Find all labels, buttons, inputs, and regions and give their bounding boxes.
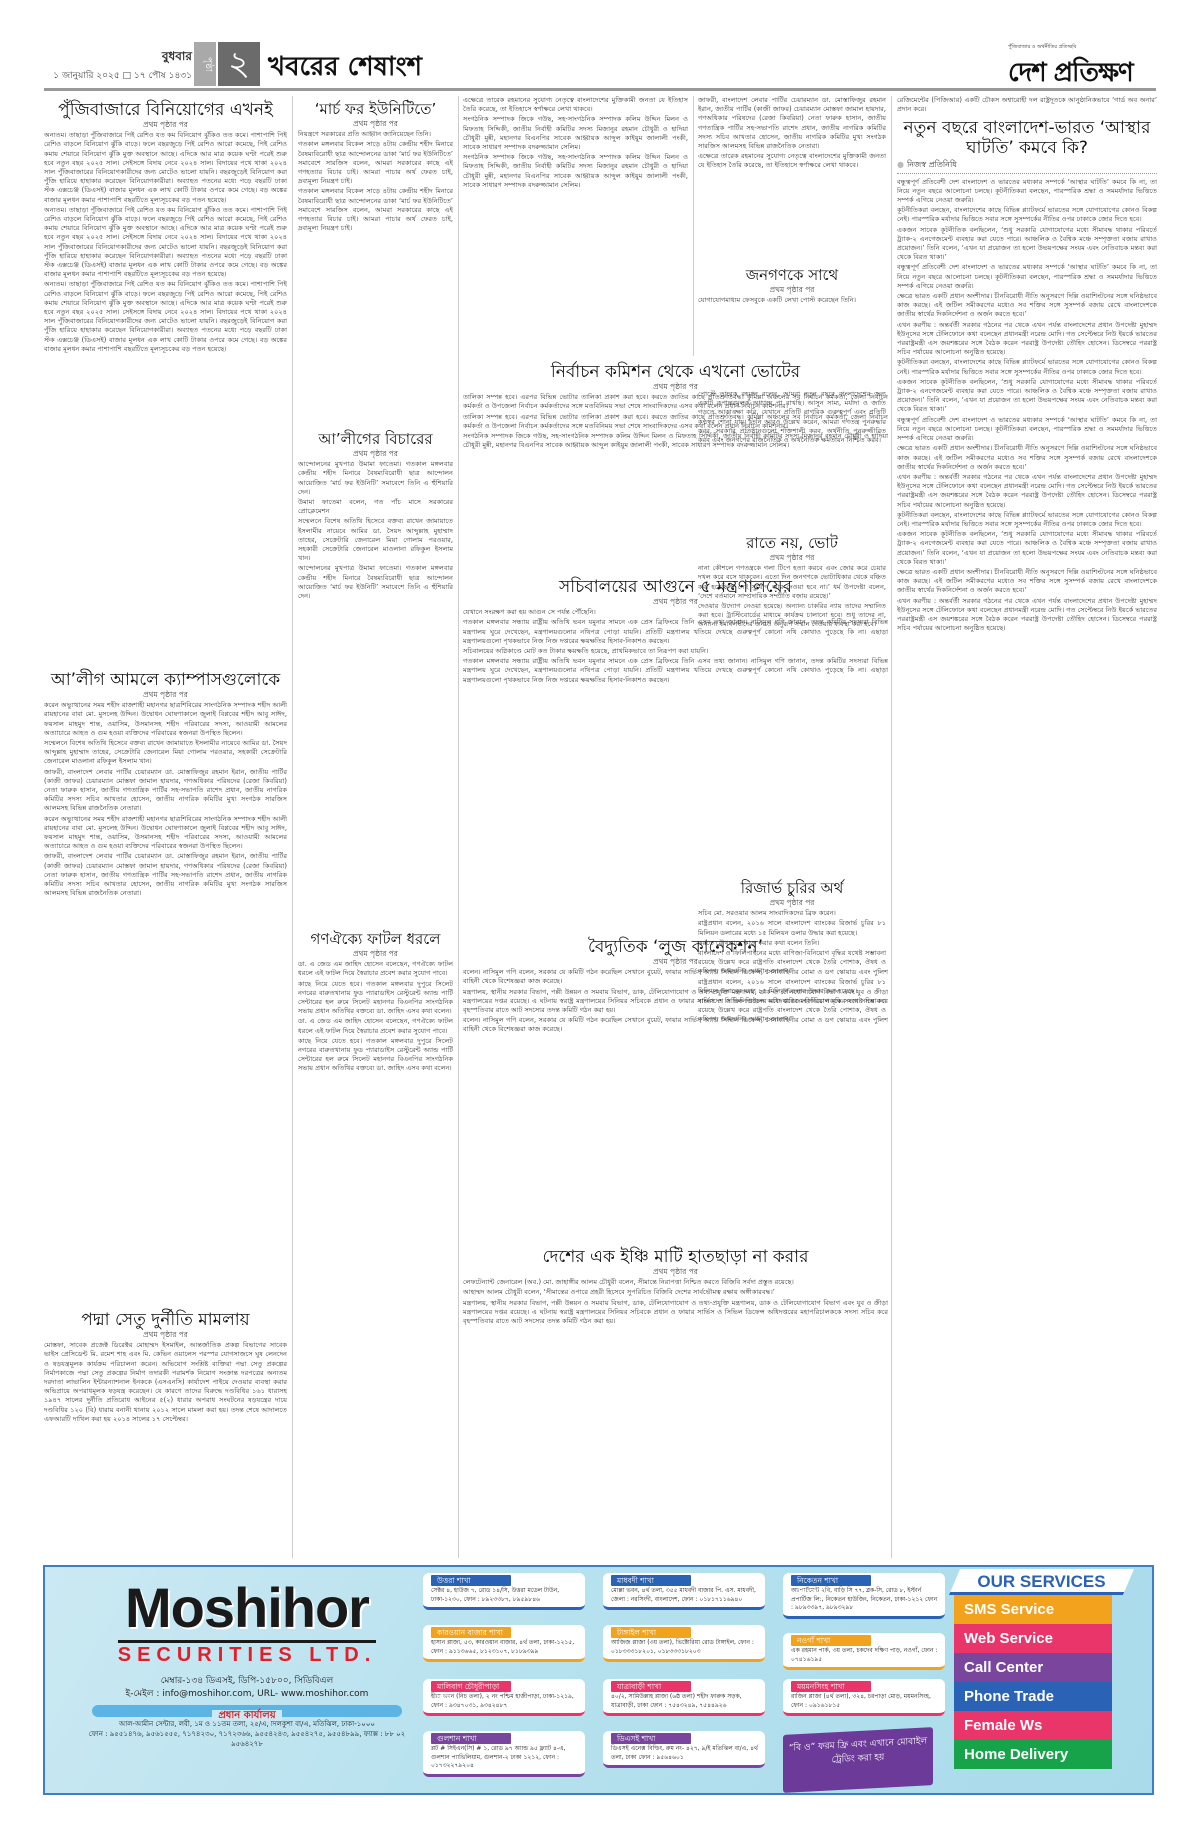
article-body: ক্ষেত্রে ভারত একটি প্রধান অংশীদার। চীনবি… xyxy=(897,568,1157,596)
branch-card: নওগাঁ শাখাএক রহমান পার্ক, ৩য় তলা, চকদেব… xyxy=(783,1633,945,1670)
service-phone-trade: Phone Trade xyxy=(954,1682,1112,1711)
article: গণঐক্যে ফাটল ধরলে প্রথম পৃষ্ঠার পর ডা. এ… xyxy=(298,926,453,1075)
branch-title: টাঙ্গাইল শাখা xyxy=(611,1627,691,1638)
weekday: বুধবার xyxy=(40,48,192,68)
membership-info: মেম্বার-১৩৪ ডিএসই, ডিপি-১৫৮০০, সিডিবিএল xyxy=(77,1675,417,1688)
column-divider xyxy=(693,96,694,356)
article-body: পোস্টে তারেক রহমান বলেন, আমরা নতুন বছরে … xyxy=(698,390,886,445)
article-body: গতকাল মঙ্গলবার বিকেল সাড়ে ৪টায় কেন্দ্র… xyxy=(298,140,453,186)
brand-subtitle: SECURITIES LTD. xyxy=(118,1640,377,1667)
branch-address: এক রহমান পার্ক, ৩য় তলা, চকদেব দক্ষিণ পা… xyxy=(791,1647,939,1664)
article: পদ্মা সেতু দুর্নীতি মামলায় প্রথম পৃষ্ঠা… xyxy=(44,1306,287,1425)
article-body: রাষ্ট্রপ্রধান বলেন, ২০১৬ সালে বাংলাদেশ ব… xyxy=(698,978,886,996)
article: আ’লীগের বিচারের প্রথম পৃষ্ঠার পর আন্দোলন… xyxy=(298,426,453,602)
article-body: একজন সাবেক কূটনীতিক বলছিলেন, ‘শুধু সরকার… xyxy=(897,530,1157,567)
article-headline[interactable]: ‘মার্চ ফর ইউনিটিতে’ xyxy=(298,100,453,119)
article-body: বাংলাদেশ ও ফিলিপাইনের মধ্যে বাণিজ্য-বিনি… xyxy=(698,997,886,1025)
article: ‘মার্চ ফর ইউনিটিতে’ প্রথম পৃষ্ঠার পর নিয… xyxy=(298,100,453,233)
article-body: রাষ্ট্রপ্রধান বলেন, ২০১৬ সালে বাংলাদেশ ব… xyxy=(698,919,886,937)
branch-address: মোল্লা ভবন, ৪র্থ তলা, ৩৫৫ মাধবদী বাজার প… xyxy=(611,1587,759,1604)
article-body: দেওয়ার উদ্যোগ নেওয়া হয়েছে। অন্যান্য চ… xyxy=(698,602,886,630)
date-block: বুধবার ১ জানুয়ারি ২০২৫ □ ১৭ পৌষ ১৪৩১ xyxy=(40,48,192,83)
section-title: খবরের শেষাংশ xyxy=(268,46,422,90)
branch-list: উত্তরা শাখাসেক্টর ৪, হাউজ ৭, রোড ১৪/সি, … xyxy=(423,1573,943,1788)
branch-title: গুলশান শাখা xyxy=(431,1733,511,1744)
article-body: সচিব মো. সরওয়ার আলম সাংবাদিকদের ব্রিফ ক… xyxy=(698,909,886,918)
article-body: একজন সাবেক কূটনীতিক বলছিলেন, ‘শুধু সরকার… xyxy=(897,378,1157,415)
continuation-note: প্রথম পৃষ্ঠার পর xyxy=(44,1330,287,1339)
continuation-note: প্রথম পৃষ্ঠার পর xyxy=(698,285,886,294)
article-body: সংগঠনিক সম্পাদক জিকে গউছ, সহ-সাংগঠনিক সম… xyxy=(463,115,688,152)
article-headline[interactable]: রাতে নয়, ভোট xyxy=(698,534,886,553)
continuation-note: প্রথম পৃষ্ঠার পর xyxy=(44,690,287,699)
article-body: নানা কৌশলে গণতন্ত্রকে গলা টিপে হত্যা করব… xyxy=(698,564,886,601)
article-body: আন্দোলনের মুখপাত্র উমামা ফাতেমা। গতকাল ম… xyxy=(298,460,453,497)
article-body: গতকাল মঙ্গলবার বিকেল সাড়ে ৪টায় কেন্দ্র… xyxy=(298,187,453,233)
article-headline[interactable]: জনগণকে সাথে xyxy=(698,266,886,285)
branch-title: মালিবাগ চৌধুরীপাড়া শাখা xyxy=(431,1681,511,1692)
branch-address: সেক্টর ৪, হাউজ ৭, রোড ১৪/সি, উত্তরা মডেল… xyxy=(431,1587,579,1604)
article-body: এক্ষেত্রে তারেক রহমানের সুযোগ্য নেতৃত্বে… xyxy=(463,96,688,114)
ad-logo-block: Moshihor SECURITIES LTD. মেম্বার-১৩৪ ডিএ… xyxy=(77,1575,417,1775)
article-body: ডা. এ জেড এম জাহিদ হোসেন বলেছেন, গণঐক্যে… xyxy=(298,1017,453,1035)
column-1: পুঁজিবাজারে বিনিয়োগের এখনই প্রথম পৃষ্ঠা… xyxy=(44,96,287,1558)
moshihor-advertisement[interactable]: Moshihor SECURITIES LTD. মেম্বার-১৩৪ ডিএ… xyxy=(43,1565,1154,1795)
article-body: জাফরী, বাংলাদেশ লেবার পার্টির চেয়ারম্যা… xyxy=(698,96,886,151)
branch-card: গুলশান শাখাপ্লট # সিইএন(সি) # ১, রোড ৯৭ … xyxy=(423,1731,585,1777)
article-body: আন্দোলনের মুখপাত্র উমামা ফাতেমা। গতকাল ম… xyxy=(298,564,453,601)
article-body: করতে যৌথভাবে কাজ করার কথা বলেন তিনি। xyxy=(698,939,886,948)
contact-info[interactable]: ই-মেইল : info@moshihor.com, URL- www.mos… xyxy=(77,1688,417,1701)
article-body: বন্ধুত্বপূর্ণ প্রতিবেশী দেশ বাংলাদেশ ও ভ… xyxy=(897,416,1157,444)
article-body: কূটনীতিকরা বলছেন, বাংলাদেশের কাছে বিভিন্… xyxy=(897,511,1157,529)
article-headline[interactable]: পুঁজিবাজারে বিনিয়োগের এখনই xyxy=(44,100,287,120)
article-intro: রেজিমেন্টের (পিজিআর) একটি চৌকস অশ্বারোহী… xyxy=(897,96,1157,114)
article-headline[interactable]: গণঐক্যে ফাটল ধরলে xyxy=(298,930,453,949)
head-office-phone: ফোন : ৯৫৫১৪৭৬, ৯৫৬১৫৫৫, ৭১৭৪২৩০, ৭১৭২৩৬৬… xyxy=(77,1729,417,1749)
continuation-note: প্রথম পৃষ্ঠার পর xyxy=(698,553,886,562)
article-headline[interactable]: রিজার্ভ চুরির অর্থ xyxy=(698,879,886,898)
article: রাতে নয়, ভোট প্রথম পৃষ্ঠার পর নানা কৌশল… xyxy=(698,530,886,631)
article-body: এখন করণীয় : অন্তর্বর্তী সরকার গঠনের পর … xyxy=(897,597,1157,634)
article-body: করেন অভ্যুত্থানের সময় শহীদ রাজশাহী মহান… xyxy=(44,815,287,852)
byline: নিজস্ব প্রতিনিধি xyxy=(897,160,1157,173)
article-body: উমামা ফাতেমা বলেন, গত পাঁচ মাসে সরকারের … xyxy=(298,498,453,516)
service-home-delivery: Home Delivery xyxy=(954,1740,1112,1769)
article-body: করেন অভ্যুত্থানের সময় শহীদ রাজশাহী মহান… xyxy=(44,701,287,738)
article-body: অন্যতম। তাছাড়া পুঁজিবাজারে পিই রেশিও যত… xyxy=(44,131,287,205)
branch-address: হাসান প্লাজা, ৫৩, কারওয়ান বাজার, ৪র্থ ত… xyxy=(431,1639,579,1656)
article-body: জাফরী, বাংলাদেশ লেবার পার্টির চেয়ারম্যা… xyxy=(44,768,287,814)
column-5: রেজিমেন্টের (পিজিআর) একটি চৌকস অশ্বারোহী… xyxy=(897,96,1157,1558)
article: পুঁজিবাজারে বিনিয়োগের এখনই প্রথম পৃষ্ঠা… xyxy=(44,100,287,354)
article-body: সম্মেলনে বিশেষ অতিথি হিসেবে বক্তব্য রাখে… xyxy=(44,739,287,767)
article-body: ডা. এ জেড এম জাহিদ হোসেন বলেছেন, গণঐক্যে… xyxy=(298,960,453,978)
bo-form-promo: “বি ও” ফরম ফ্রি এবং এখানে মোবাইল ট্রেডিং… xyxy=(783,1727,933,1793)
brand-logo: Moshihor xyxy=(77,1575,417,1640)
head-office-title: প্রধান কার্যালয় xyxy=(212,1710,281,1721)
issue-date: ১ জানুয়ারি ২০২৫ □ ১৭ পৌষ ১৪৩১ xyxy=(40,68,192,83)
article-body: কূটনীতিকরা বলছেন, বাংলাদেশের কাছে বিভিন্… xyxy=(897,206,1157,224)
continuation-note: প্রথম পৃষ্ঠার পর xyxy=(298,119,453,128)
article-body: বন্ধুত্বপূর্ণ প্রতিবেশী দেশ বাংলাদেশ ও ভ… xyxy=(897,263,1157,291)
article-body: অন্যতম। তাছাড়া পুঁজিবাজারে পিই রেশিও যত… xyxy=(44,206,287,280)
branch-title: নওগাঁ শাখা xyxy=(791,1635,871,1646)
branch-card: উত্তরা শাখাসেক্টর ৪, হাউজ ৭, রোড ১৪/সি, … xyxy=(423,1573,585,1610)
article-body: জাফরী, বাংলাদেশ লেবার পার্টির চেয়ারম্যা… xyxy=(44,852,287,898)
article-body: ক্ষেত্রে ভারত একটি প্রধান অংশীদার। চীনবি… xyxy=(897,292,1157,320)
article-body: নিয়ন্ত্রণে সরকারের প্রতি আহ্বান জানিয়ে… xyxy=(298,130,453,139)
branch-address: রাজিন প্লাজা (৪র্থ তলা), ৩২৪, চরপাড়া মো… xyxy=(791,1693,939,1710)
article-body: অন্যতম। তাছাড়া পুঁজিবাজারে পিই রেশিও যত… xyxy=(44,280,287,354)
article-headline[interactable]: আ’লীগের বিচারের xyxy=(298,430,453,449)
continuation-note: প্রথম পৃষ্ঠার পর xyxy=(698,898,886,907)
branch-card: কারওয়ান বাজার শাখাহাসান প্লাজা, ৫৩, কার… xyxy=(423,1625,585,1662)
article-body: কূটনীতিকরা বলছেন, বাংলাদেশের কাছে বিভিন্… xyxy=(897,358,1157,376)
continuation-note: প্রথম পৃষ্ঠার পর xyxy=(298,449,453,458)
header-divider xyxy=(44,88,1156,91)
branch-card: ডিএসই শাখাডিএসই এনেক্স বিল্ডিং, রুম নং- … xyxy=(603,1731,765,1768)
branch-title: ডিএসই শাখা xyxy=(611,1733,691,1744)
article-body: সংগঠনিক সম্পাদক জিকে গউছ, সহ-সাংগঠনিক সম… xyxy=(463,153,688,190)
article-body: এখন করণীয় : অন্তর্বর্তী সরকার গঠনের পর … xyxy=(897,321,1157,358)
column-2: ‘মার্চ ফর ইউনিটিতে’ প্রথম পৃষ্ঠার পর নিয… xyxy=(298,96,453,1558)
article-body: কাছে নিয়ে যেতে হবে। গতকাল মঙ্গলবার দুপু… xyxy=(298,980,453,1017)
article: রিজার্ভ চুরির অর্থ প্রথম পৃষ্ঠার পর সচিব… xyxy=(698,875,886,1026)
article-body: বন্ধুত্বপূর্ণ প্রতিবেশী দেশ বাংলাদেশ ও ভ… xyxy=(897,178,1157,206)
article-body: একজন সাবেক কূটনীতিক বলছিলেন, ‘শুধু সরকার… xyxy=(897,226,1157,263)
article-headline[interactable]: আ’লীগ আমলে ক্যাম্পাসগুলোকে xyxy=(44,670,287,690)
branch-card: মালিবাগ চৌধুরীপাড়া শাখাহীরা ভবন (নিচ তল… xyxy=(423,1679,585,1716)
branch-address: আজিজ প্লাজা (৩য় তলা), ভিক্টোরিয়া রোড ট… xyxy=(611,1639,759,1656)
article-body: কাছে নিয়ে যেতে হবে। গতকাল মঙ্গলবার দুপু… xyxy=(298,1037,453,1074)
branch-address: হীরা ভবন (নিচ তলা), ২ নং পশ্চিম হাজীপাড়… xyxy=(431,1693,579,1710)
services-panel: OUR SERVICES SMS Service Web Service Cal… xyxy=(949,1569,1134,1769)
branch-title: নিকেতন শাখা (গুলশান) xyxy=(791,1575,871,1586)
article: আ’লীগ আমলে ক্যাম্পাসগুলোকে প্রথম পৃষ্ঠার… xyxy=(44,666,287,899)
article-body: মোস্তফা, সাবেক প্রজেক্ট ডিরেক্টর মোহাম্ম… xyxy=(44,1341,287,1424)
column-4-lower: পোস্টে তারেক রহমান বলেন, আমরা নতুন বছরে … xyxy=(698,390,886,1560)
branch-card: নিকেতন শাখা (গুলশান)অ্যাপার্টমেন্ট ২বি, … xyxy=(783,1573,945,1619)
article-body: এখন করণীয় : অন্তর্বর্তী সরকার গঠনের পর … xyxy=(897,473,1157,510)
article-body: বাংলাদেশ ও ফিলিপাইনের মধ্যে বাণিজ্য-বিনি… xyxy=(698,949,886,977)
article-body: যোগাযোগমাধ্যম ফেসবুকে একটি লেখা পোস্ট কর… xyxy=(698,296,886,305)
branch-card: মাধবদী শাখামোল্লা ভবন, ৪র্থ তলা, ৩৫৫ মাধ… xyxy=(603,1573,765,1610)
article-headline[interactable]: পদ্মা সেতু দুর্নীতি মামলায় xyxy=(44,1310,287,1330)
continuation-note: প্রথম পৃষ্ঠার পর xyxy=(44,120,287,129)
services-title: OUR SERVICES xyxy=(949,1569,1134,1595)
page-number: ২ xyxy=(218,42,260,86)
service-call-center: Call Center xyxy=(954,1653,1112,1682)
article-headline[interactable]: নির্বাচন কমিশন থেকে এখনো ভোটের xyxy=(463,362,888,382)
branch-title: যাত্রাবাড়ী শাখা xyxy=(611,1681,691,1692)
article-body: ক্ষেত্রে ভারত একটি প্রধান অংশীদার। চীনবি… xyxy=(897,444,1157,472)
masthead: বুধবার ১ জানুয়ারি ২০২৫ □ ১৭ পৌষ ১৪৩১ পৃ… xyxy=(0,40,1200,90)
branch-title: ময়মনসিংহ শাখা xyxy=(791,1681,871,1692)
branch-card: ময়মনসিংহ শাখারাজিন প্লাজা (৪র্থ তলা), ৩… xyxy=(783,1679,945,1716)
continuation-note: প্রথম পৃষ্ঠার পর xyxy=(298,949,453,958)
branch-title: মাধবদী শাখা xyxy=(611,1575,691,1586)
branch-address: প্লট # সিইএন(সি) # ১, রোড ৯৭ অ্যান্ড ৯৫ … xyxy=(431,1745,579,1771)
head-office-bar: প্রধান কার্যালয় xyxy=(92,1705,402,1717)
column-4: জনগণকে সাথে প্রথম পৃষ্ঠার পর যোগাযোগমাধ্… xyxy=(698,262,886,362)
branch-card: টাঙ্গাইল শাখাআজিজ প্লাজা (৩য় তলা), ভিক্… xyxy=(603,1625,765,1662)
branch-card: যাত্রাবাড়ী শাখা৪০/২, সামিউল্লাহ প্লাজা … xyxy=(603,1679,765,1716)
column-divider xyxy=(891,96,892,1558)
logo-tagline: পুঁজিবাজার ও অর্থনীতির প্রতিচ্ছবি xyxy=(1008,44,1133,52)
article-body: এক্ষেত্রে তারেক রহমানের সুযোগ্য নেতৃত্বে… xyxy=(698,152,886,170)
branch-address: ডিএসই এনেক্স বিল্ডিং, রুম নং- ৪২৭, ৯/ই ম… xyxy=(611,1745,759,1762)
branch-title: উত্তরা শাখা xyxy=(431,1575,511,1586)
column-divider xyxy=(292,96,293,1558)
service-web: Web Service xyxy=(954,1624,1112,1653)
branch-address: ৪০/২, সামিউল্লাহ প্লাজা (৬ষ্ঠ তলা) শহীদ … xyxy=(611,1693,759,1710)
column-divider xyxy=(458,96,459,1558)
article-headline[interactable]: নতুন বছরে বাংলাদেশ-ভারত ‘আস্থার ঘাটতি’ ক… xyxy=(897,118,1157,158)
service-female-ws: Female Ws xyxy=(954,1711,1112,1740)
branch-title: কারওয়ান বাজার শাখা xyxy=(431,1627,511,1638)
article-body: সম্মেলনে বিশেষ অতিথি হিসেবে বক্তব্য রাখে… xyxy=(298,517,453,563)
page-label: পৃষ্ঠা xyxy=(194,42,216,86)
service-sms: SMS Service xyxy=(954,1595,1112,1624)
